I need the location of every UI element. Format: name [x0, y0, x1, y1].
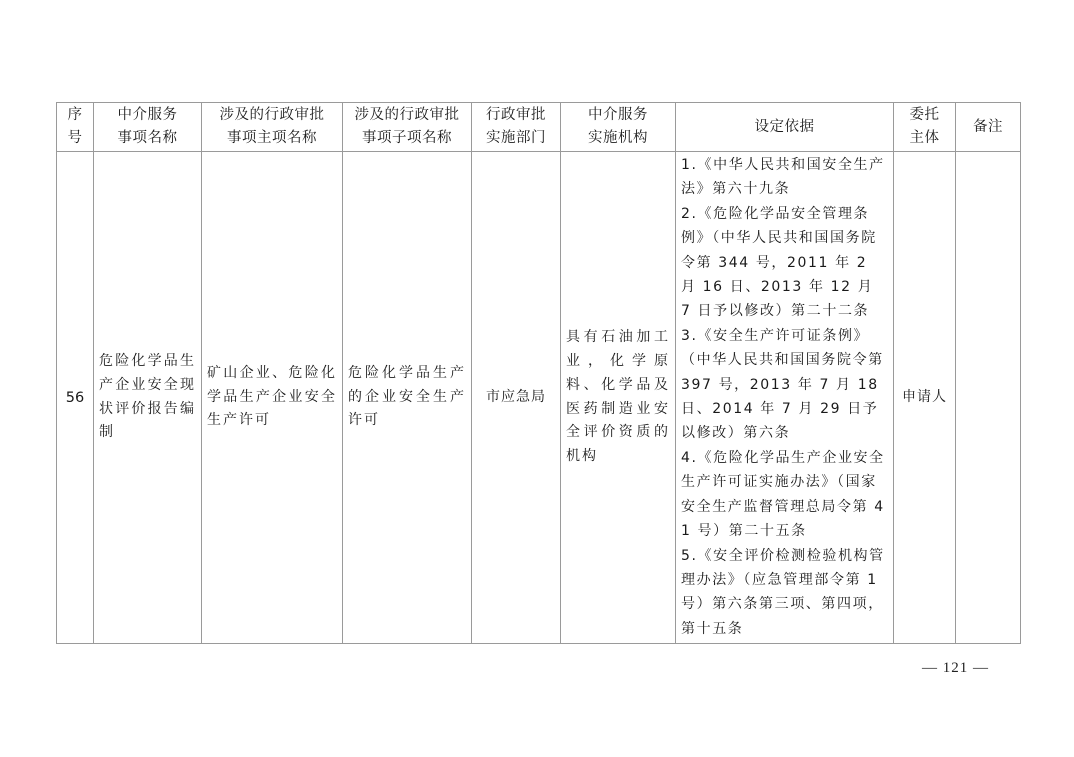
cell-service-name: 危险化学品生产企业安全现状评价报告编制: [94, 152, 202, 644]
header-seq: 序号: [57, 103, 94, 152]
header-remarks: 备注: [956, 103, 1021, 152]
service-items-table: 序号 中介服务事项名称 涉及的行政审批事项主项名称 涉及的行政审批事项子项名称 …: [56, 102, 1021, 644]
cell-department: 市应急局: [472, 152, 561, 644]
basis-item-2: 2.《危险化学品安全管理条例》（中华人民共和国国务院令第 344 号，2011 …: [681, 202, 888, 324]
header-basis: 设定依据: [676, 103, 894, 152]
page-number: — 121 —: [922, 660, 989, 677]
cell-agency: 具有石油加工业，化学原料、化学品及医药制造业安全评价资质的机构: [561, 152, 676, 644]
header-agency: 中介服务实施机构: [561, 103, 676, 152]
cell-remarks: [956, 152, 1021, 644]
cell-seq: 56: [57, 152, 94, 644]
basis-item-3: 3.《安全生产许可证条例》（中华人民共和国国务院令第 397 号，2013 年 …: [681, 324, 888, 446]
basis-item-1: 1.《中华人民共和国安全生产法》第六十九条: [681, 153, 888, 202]
basis-item-4: 4.《危险化学品生产企业安全生产许可证实施办法》（国家安全生产监督管理总局令第 …: [681, 446, 888, 544]
header-department: 行政审批实施部门: [472, 103, 561, 152]
table-row: 56 危险化学品生产企业安全现状评价报告编制 矿山企业、危险化学品生产企业安全生…: [57, 152, 1021, 644]
header-service-name: 中介服务事项名称: [94, 103, 202, 152]
cell-sub-item: 危险化学品生产的企业安全生产许可: [343, 152, 472, 644]
header-entrust: 委托主体: [894, 103, 956, 152]
cell-entrust: 申请人: [894, 152, 956, 644]
table-header-row: 序号 中介服务事项名称 涉及的行政审批事项主项名称 涉及的行政审批事项子项名称 …: [57, 103, 1021, 152]
basis-item-5: 5.《安全评价检测检验机构管理办法》（应急管理部令第 1 号）第六条第三项、第四…: [681, 544, 888, 642]
header-sub-item: 涉及的行政审批事项子项名称: [343, 103, 472, 152]
header-main-item: 涉及的行政审批事项主项名称: [202, 103, 343, 152]
cell-basis: 1.《中华人民共和国安全生产法》第六十九条 2.《危险化学品安全管理条例》（中华…: [676, 152, 894, 644]
cell-main-item: 矿山企业、危险化学品生产企业安全生产许可: [202, 152, 343, 644]
